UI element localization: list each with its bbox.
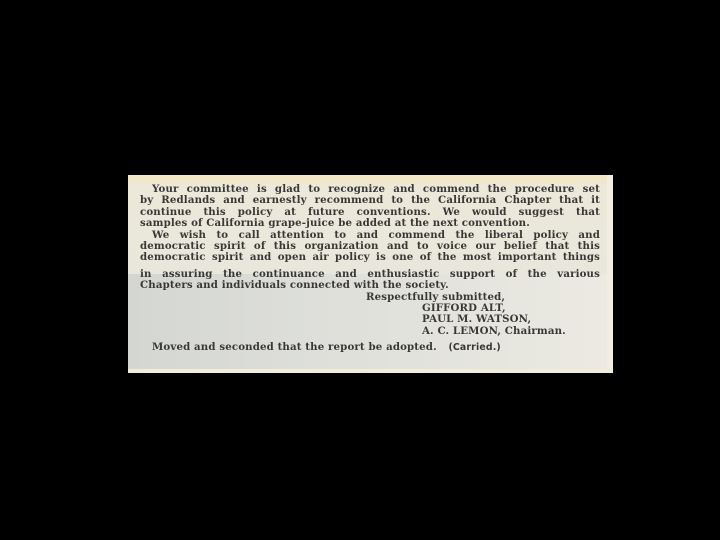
- paper-top-edge: [128, 175, 613, 183]
- motion-result: (Carried.): [448, 342, 500, 353]
- committee-report-text: Your committee is glad to recognize and …: [140, 184, 600, 354]
- paper-bottom-edge: [128, 369, 613, 373]
- motion-line: Moved and seconded that the report be ad…: [140, 342, 600, 353]
- signatory: A. C. LEMON, Chairman.: [140, 326, 600, 337]
- motion-text: Moved and seconded that the report be ad…: [152, 341, 437, 353]
- paragraph2-line: democratic spirit and open air policy is…: [140, 252, 600, 263]
- paragraph2-line: Chapters and individuals connected with …: [140, 280, 600, 291]
- closing-phrase: Respectfully submitted,: [140, 292, 600, 303]
- paper-right-edge: [607, 175, 613, 373]
- signatory: GIFFORD ALT,: [140, 303, 600, 314]
- document-scan: Your committee is glad to recognize and …: [128, 175, 613, 373]
- paragraph1-line: samples of California grape-juice be add…: [140, 218, 600, 229]
